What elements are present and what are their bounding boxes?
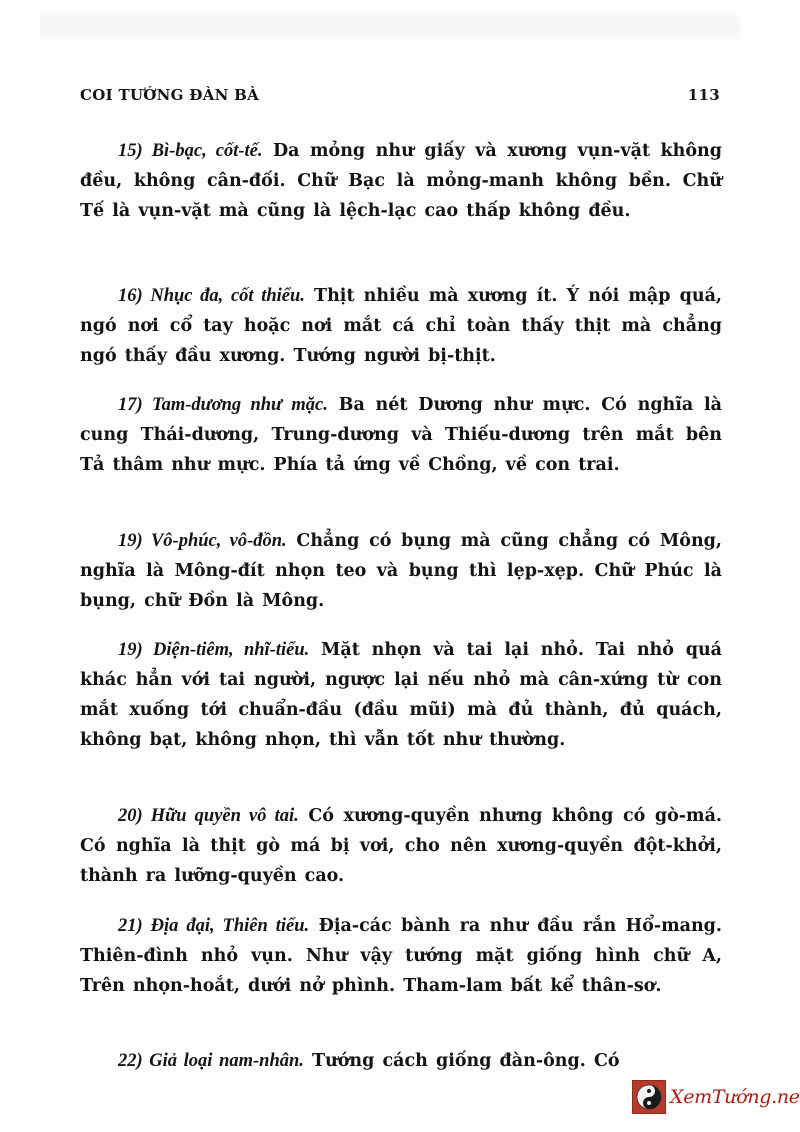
entry-heading: 19) Diện-tiêm, nhĩ-tiểu. <box>118 640 309 660</box>
entry-16: 16) Nhục đa, cốt thiểu. Thịt nhiều mà xư… <box>80 281 722 371</box>
yin-yang-icon <box>632 1080 666 1114</box>
watermark-text: XemTướng.net <box>670 1086 800 1108</box>
page-header: COI TƯỚNG ĐÀN BÀ 113 <box>80 86 720 110</box>
running-title: COI TƯỚNG ĐÀN BÀ <box>80 86 259 104</box>
entry-heading: 22) Giả loại nam-nhân. <box>118 1051 304 1071</box>
entry-heading: 16) Nhục đa, cốt thiểu. <box>118 286 305 306</box>
entry-body: Tướng cách giống đàn-ông. Có <box>312 1051 620 1071</box>
page-number: 113 <box>688 86 720 104</box>
book-page: COI TƯỚNG ĐÀN BÀ 113 15) Bì-bạc, cốt-tế.… <box>0 0 800 1132</box>
entry-19b: 19) Diện-tiêm, nhĩ-tiểu. Mặt nhọn và tai… <box>80 635 722 755</box>
entry-19a: 19) Vô-phúc, vô-đồn. Chẳng có bụng mà cũ… <box>80 526 722 616</box>
entry-heading: 19) Vô-phúc, vô-đồn. <box>118 531 287 551</box>
entry-heading: 15) Bì-bạc, cốt-tế. <box>118 141 262 161</box>
entry-17: 17) Tam-dương như mặc. Ba nét Dương như … <box>80 390 722 480</box>
entry-heading: 21) Địa đại, Thiên tiểu. <box>118 916 309 936</box>
entry-20: 20) Hữu quyền vô tai. Có xương-quyền như… <box>80 801 722 891</box>
bleed-through-shadow <box>40 14 740 40</box>
entry-22: 22) Giả loại nam-nhân. Tướng cách giống … <box>80 1046 620 1076</box>
entry-15: 15) Bì-bạc, cốt-tế. Da mỏng như giấy và … <box>80 136 722 226</box>
entry-heading: 20) Hữu quyền vô tai. <box>118 806 299 826</box>
site-watermark: XemTướng.net <box>632 1080 800 1114</box>
entry-21: 21) Địa đại, Thiên tiểu. Địa-các bành ra… <box>80 911 722 1001</box>
entry-heading: 17) Tam-dương như mặc. <box>118 395 328 415</box>
